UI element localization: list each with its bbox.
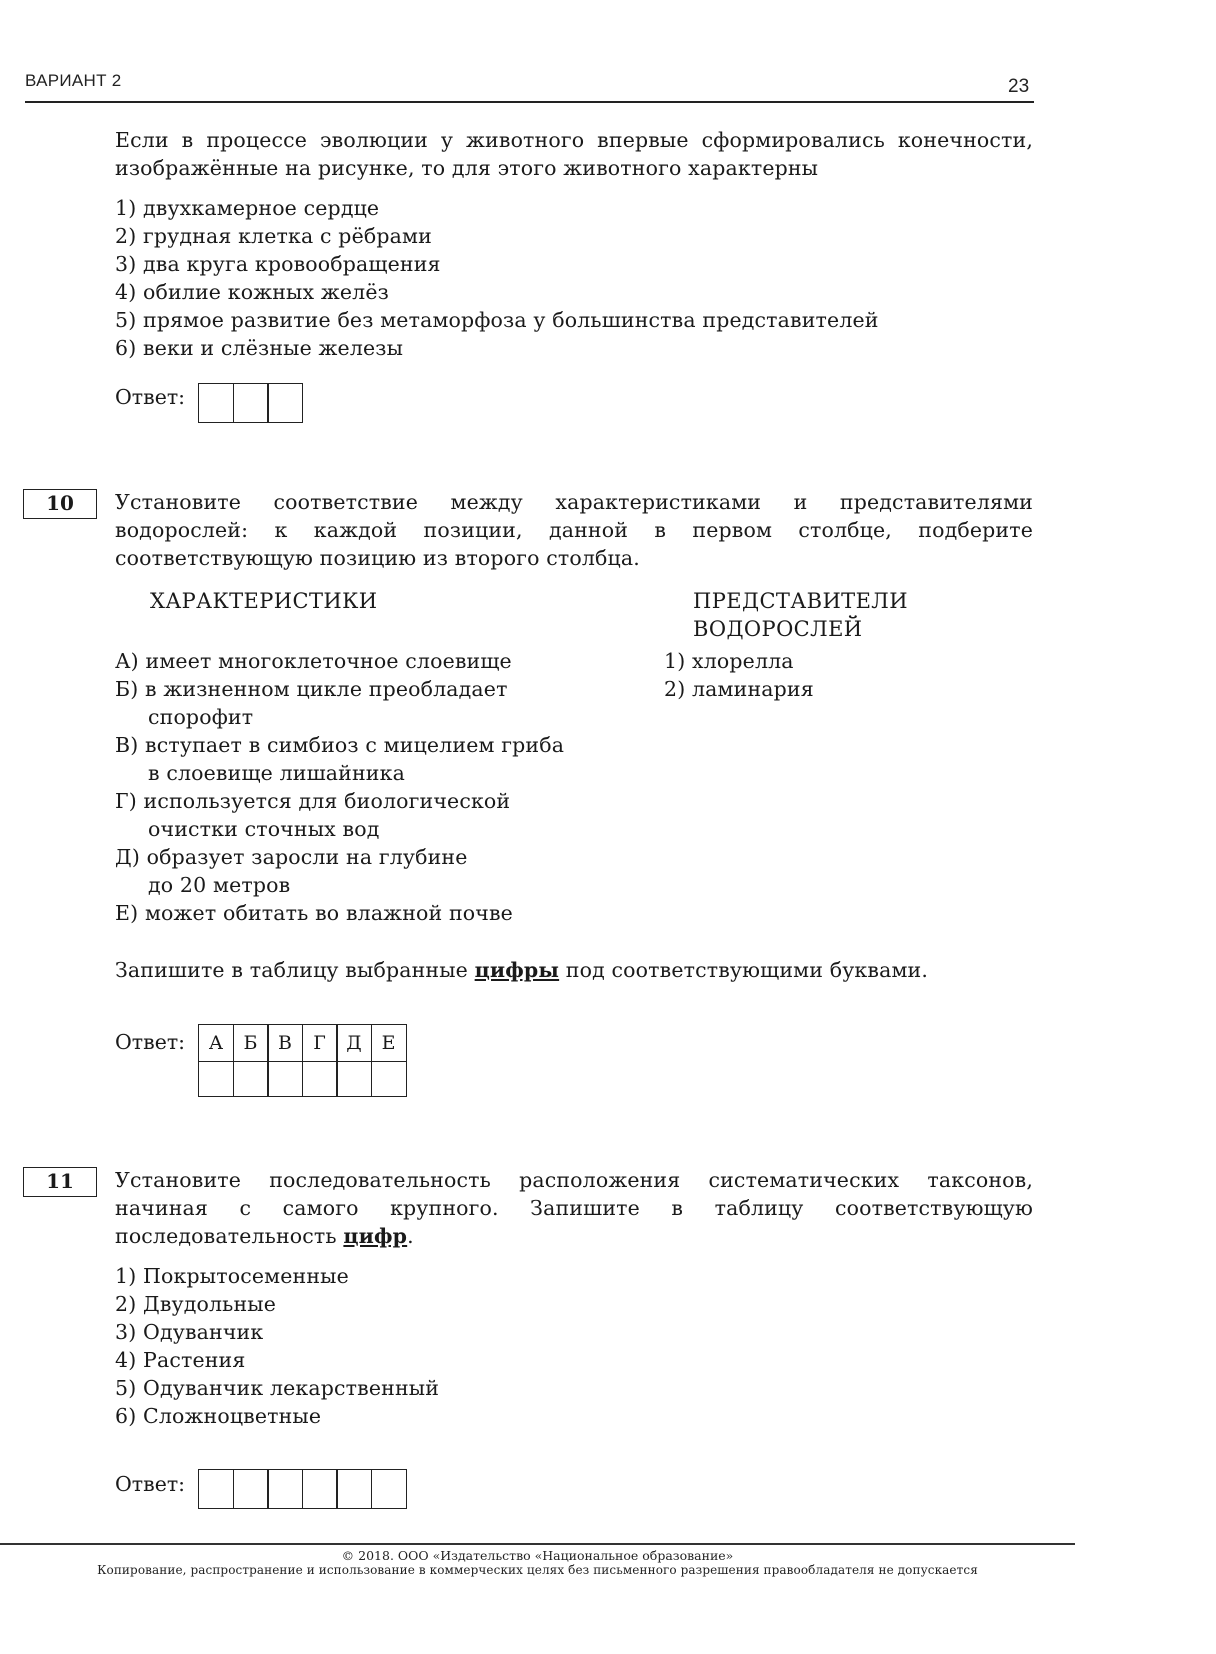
q11-answer-label: Ответ:: [115, 1472, 185, 1496]
q9-answer-label: Ответ:: [115, 385, 185, 409]
q10-answer-letter: Е: [371, 1024, 407, 1062]
header-divider: [25, 101, 1034, 103]
q11-option-1: 1) Покрытосеменные: [115, 1262, 439, 1290]
q10-instruction: Запишите в таблицу выбранные цифры под с…: [115, 957, 928, 985]
q9-options: 1) двухкамерное сердце 2) грудная клетка…: [115, 194, 879, 362]
q9-option-2: 2) грудная клетка с рёбрами: [115, 222, 879, 250]
q10-representatives: 1) хлорелла 2) ламинария: [664, 647, 814, 703]
q11-intro-line: Установите последовательность расположен…: [115, 1167, 1033, 1195]
footer-copyright: © 2018. ООО «Издательство «Национальное …: [0, 1548, 1075, 1563]
q9-answer-cell[interactable]: [198, 383, 234, 423]
q10-answer-letter: А: [198, 1024, 234, 1062]
q9-answer-cell[interactable]: [267, 383, 303, 423]
q10-char-d-cont: до 20 метров: [115, 871, 564, 899]
q10-answer-cell[interactable]: [302, 1061, 338, 1097]
q11-option-3: 3) Одуванчик: [115, 1318, 439, 1346]
q9-option-4: 4) обилие кожных желёз: [115, 278, 879, 306]
emphasis-digits: цифры: [475, 958, 559, 982]
q11-options: 1) Покрытосеменные 2) Двудольные 3) Одув…: [115, 1262, 439, 1430]
q9-intro-line: изображённые на рисунке, то для этого жи…: [115, 155, 1033, 183]
q9-intro: Если в процессе эволюции у животного впе…: [115, 127, 1033, 183]
q9-answer-box: [198, 383, 303, 423]
q11-answer-cell[interactable]: [302, 1469, 338, 1509]
q10-char-b: Б) в жизненном цикле преобладает: [115, 675, 564, 703]
q10-char-d: Д) образует заросли на глубине: [115, 843, 564, 871]
q10-answer-cell[interactable]: [371, 1061, 407, 1097]
q9-option-1: 1) двухкамерное сердце: [115, 194, 879, 222]
q10-col2-header: ПРЕДСТАВИТЕЛИ ВОДОРОСЛЕЙ: [693, 587, 908, 643]
q10-intro-line: соответствующую позицию из второго столб…: [115, 545, 1033, 573]
q10-char-v: В) вступает в симбиоз с мицелием гриба: [115, 731, 564, 759]
q11-option-4: 4) Растения: [115, 1346, 439, 1374]
q11-intro-line: последовательность цифр.: [115, 1223, 1033, 1251]
q9-intro-line: Если в процессе эволюции у животного впе…: [115, 127, 1033, 155]
q11-answer-box: [198, 1469, 407, 1509]
q11-answer-cell[interactable]: [233, 1469, 269, 1509]
q11-option-5: 5) Одуванчик лекарственный: [115, 1374, 439, 1402]
q11-answer-cell[interactable]: [267, 1469, 303, 1509]
q10-rep-2: 2) ламинария: [664, 675, 814, 703]
q10-char-v-cont: в слоевище лишайника: [115, 759, 564, 787]
q10-answer-cell[interactable]: [198, 1061, 234, 1097]
q11-option-6: 6) Сложноцветные: [115, 1402, 439, 1430]
q10-char-e: Е) может обитать во влажной почве: [115, 899, 564, 927]
variant-label: ВАРИАНТ 2: [25, 71, 122, 91]
q11-intro: Установите последовательность расположен…: [115, 1167, 1033, 1250]
q10-char-g-cont: очистки сточных вод: [115, 815, 564, 843]
emphasis-digits: цифр: [343, 1224, 407, 1248]
q10-answer-header-row: А Б В Г Д Е: [198, 1024, 407, 1062]
q11-answer-cell[interactable]: [336, 1469, 372, 1509]
q9-answer-cell[interactable]: [233, 383, 269, 423]
q9-option-6: 6) веки и слёзные железы: [115, 334, 879, 362]
q10-rep-1: 1) хлорелла: [664, 647, 814, 675]
q11-number-box: 11: [23, 1167, 97, 1197]
footer-notice: Копирование, распространение и использов…: [0, 1563, 1075, 1577]
q10-answer-table: А Б В Г Д Е: [198, 1024, 407, 1097]
q10-answer-letter: Г: [302, 1024, 338, 1062]
q11-answer-cell[interactable]: [198, 1469, 234, 1509]
q10-answer-letter: Д: [336, 1024, 372, 1062]
q10-char-b-cont: спорофит: [115, 703, 564, 731]
q10-characteristics: А) имеет многоклеточное слоевище Б) в жи…: [115, 647, 564, 927]
q10-answer-cell[interactable]: [233, 1061, 269, 1097]
q11-answer-cell[interactable]: [371, 1469, 407, 1509]
q10-answer-label: Ответ:: [115, 1030, 185, 1054]
q10-intro: Установите соответствие между характерис…: [115, 489, 1033, 572]
q10-col1-header: ХАРАКТЕРИСТИКИ: [150, 587, 377, 615]
q11-option-2: 2) Двудольные: [115, 1290, 439, 1318]
q10-char-a: А) имеет многоклеточное слоевище: [115, 647, 564, 675]
page-number: 23: [1008, 76, 1029, 98]
q9-option-3: 3) два круга кровообращения: [115, 250, 879, 278]
q10-answer-letter: Б: [233, 1024, 269, 1062]
q10-intro-line: водорослей: к каждой позиции, данной в п…: [115, 517, 1033, 545]
q10-answer-cell[interactable]: [336, 1061, 372, 1097]
footer-divider: [0, 1543, 1075, 1545]
q9-option-5: 5) прямое развитие без метаморфоза у бол…: [115, 306, 879, 334]
q10-answer-input-row: [198, 1061, 407, 1097]
q10-answer-letter: В: [267, 1024, 303, 1062]
q10-col2-header-line: ВОДОРОСЛЕЙ: [693, 615, 908, 643]
q10-char-g: Г) используется для биологической: [115, 787, 564, 815]
q10-intro-line: Установите соответствие между характерис…: [115, 489, 1033, 517]
q11-intro-line: начиная с самого крупного. Запишите в та…: [115, 1195, 1033, 1223]
q10-col2-header-line: ПРЕДСТАВИТЕЛИ: [693, 587, 908, 615]
q10-answer-cell[interactable]: [267, 1061, 303, 1097]
q10-number-box: 10: [23, 489, 97, 519]
